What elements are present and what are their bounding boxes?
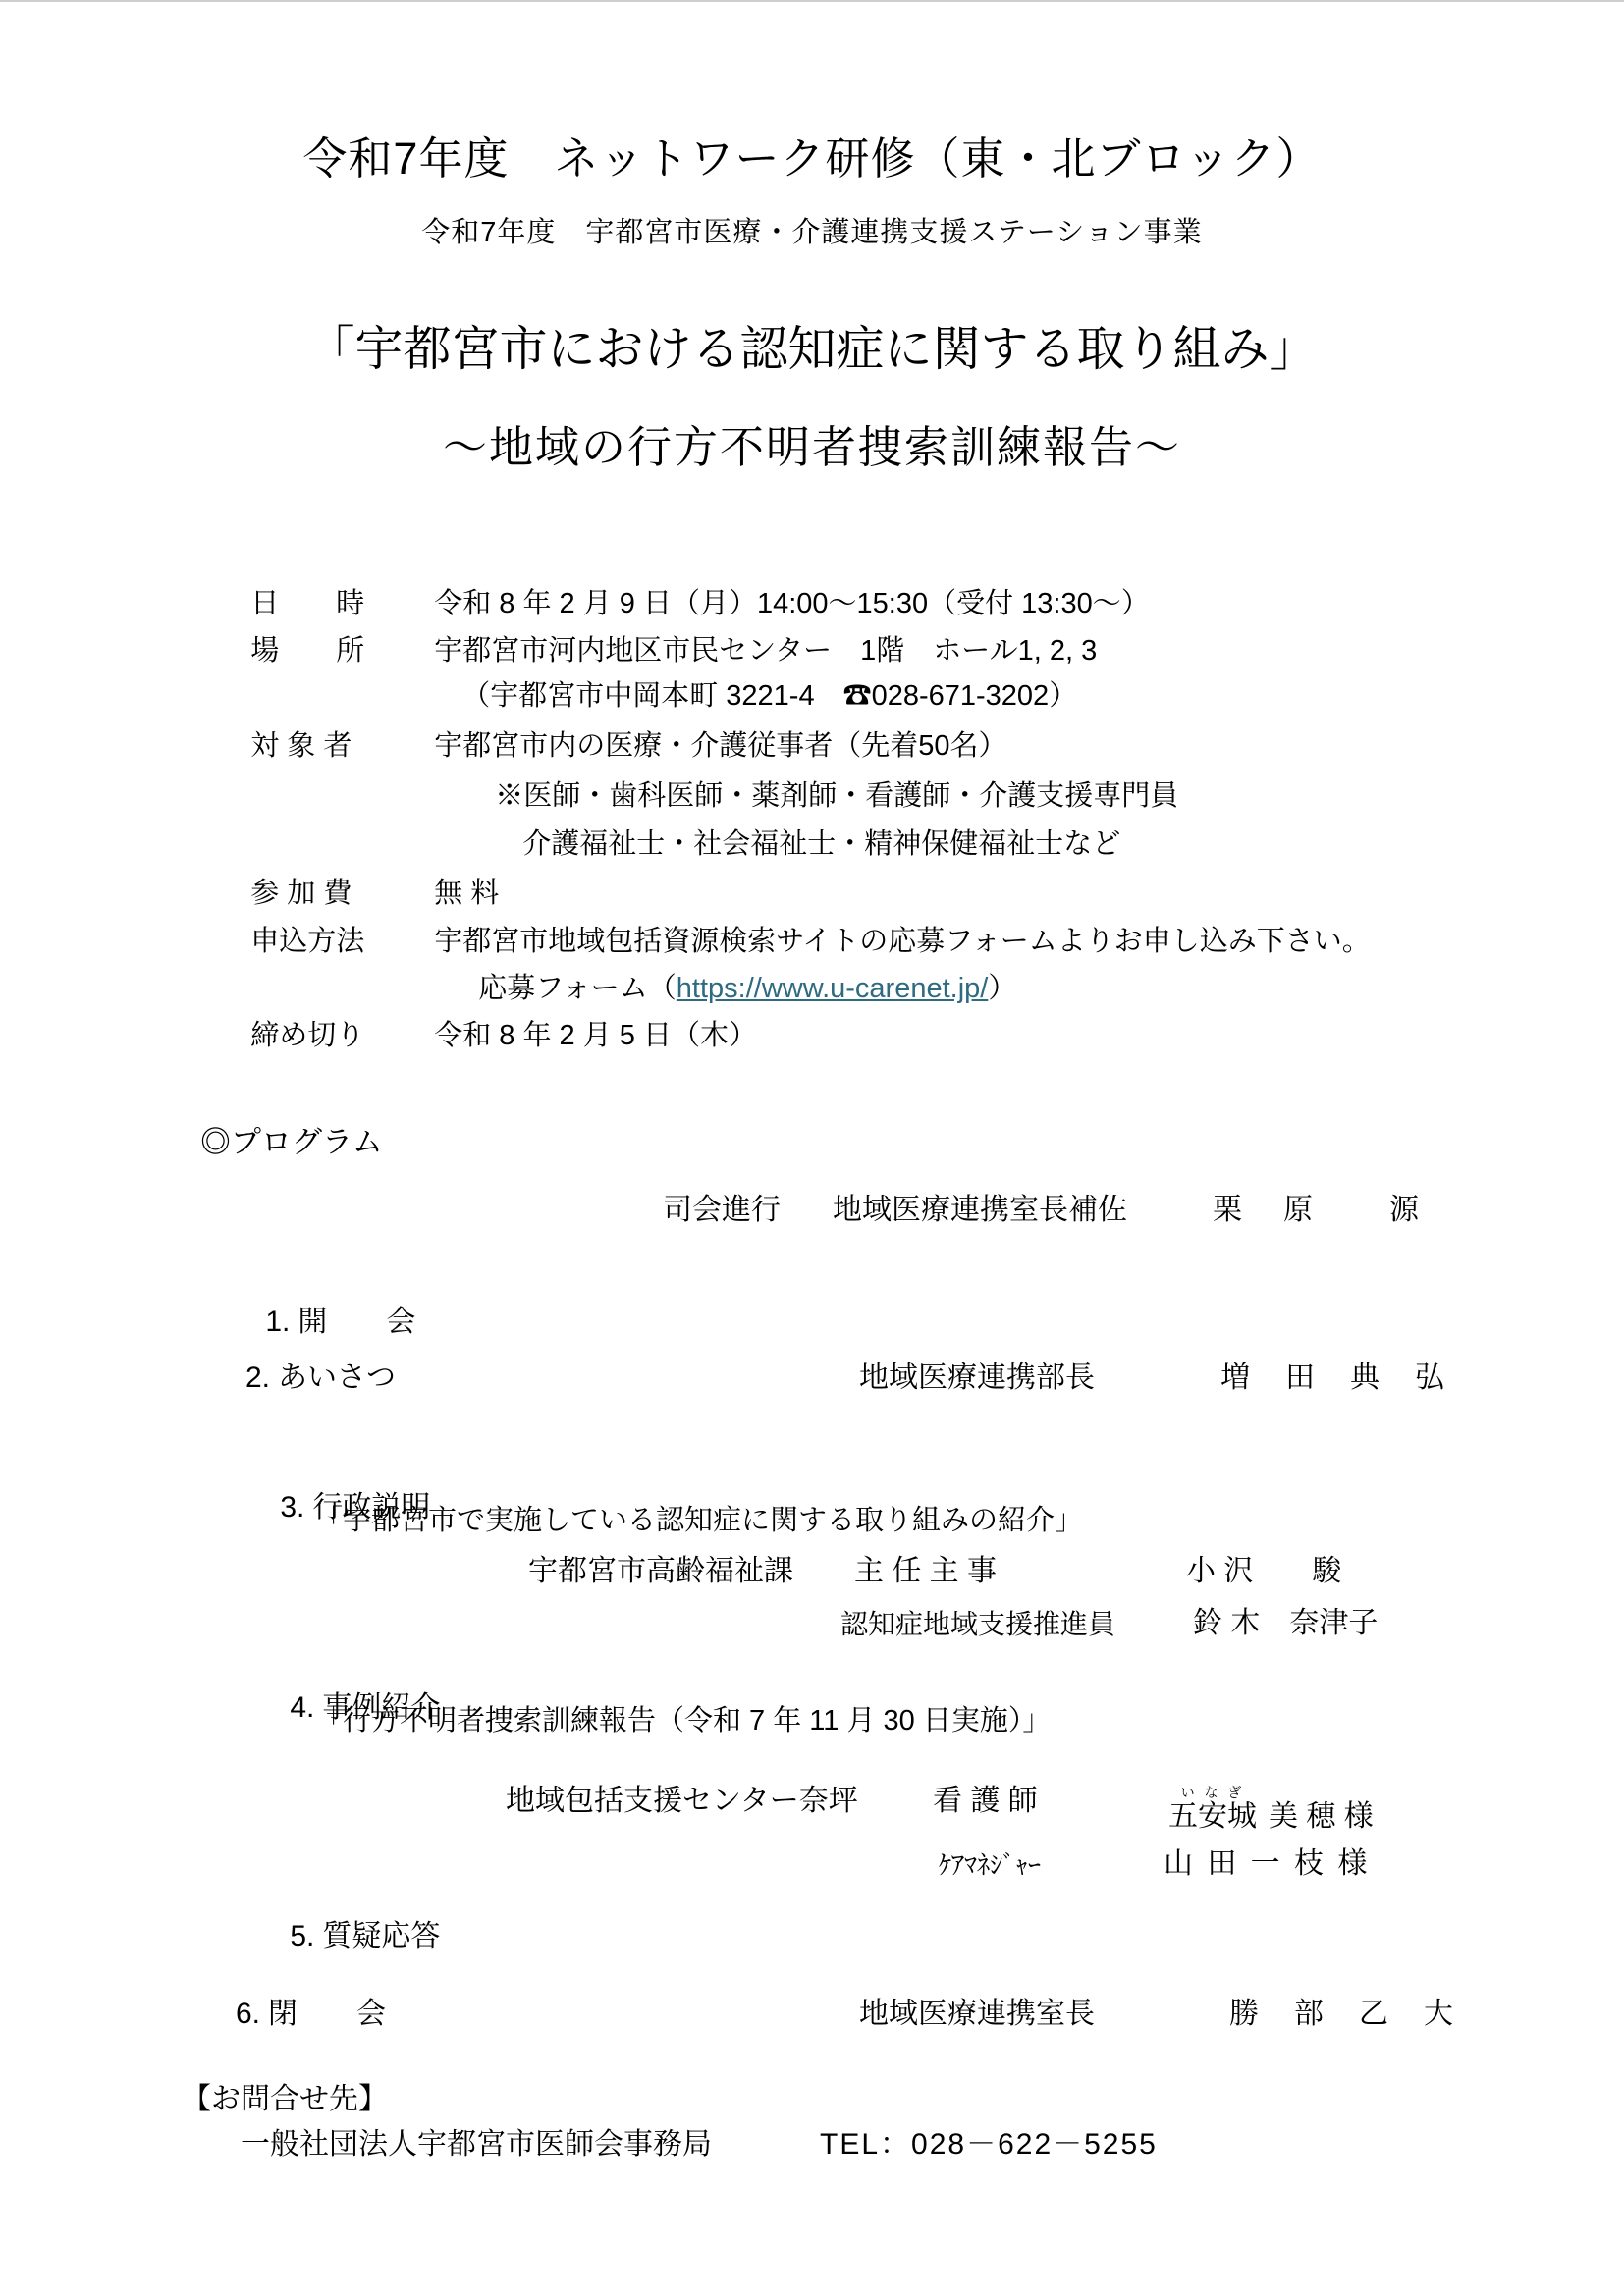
item3-number: 3.: [280, 1491, 304, 1523]
item2-speaker-title: 地域医療連携部長: [859, 1362, 1095, 1396]
item4-number: 4.: [290, 1691, 314, 1724]
item5-number: 5.: [290, 1920, 314, 1952]
footer-contact-row: 一般社団法人宇都宮市医師会事務局 TEL：028－622－5255: [0, 2128, 1624, 2264]
item1-title: 開 会: [298, 1306, 415, 1338]
moderator-name: 栗 原 源: [1213, 1194, 1425, 1228]
item5-title: 質疑応答: [322, 1920, 440, 1952]
item4-sp1-given: 美 穂 様: [1269, 1800, 1374, 1833]
apply-label: 申込方法: [250, 926, 434, 958]
header-line1: 令和7年度 ネットワーク研修（東・北ブロック）: [0, 133, 1624, 185]
item3-subtitle: 「宇都宮市で実施している認知症に関する取り組みの紹介」: [314, 1505, 1083, 1537]
item3-org: 宇都宮市高齢福祉課: [528, 1555, 793, 1589]
item3-sp1-name: 小 沢 駿: [1186, 1555, 1341, 1589]
speaker-name-ruby: 五安城い な ぎ: [1168, 1800, 1257, 1833]
audience-label: 対 象 者: [250, 730, 434, 763]
info-row-deadline: 締め切り令和 8 年 2 月 5 日（木）: [219, 988, 757, 1086]
item1-number: 1.: [265, 1306, 290, 1338]
deadline-label: 締め切り: [250, 1020, 434, 1052]
moderator-title: 地域医療連携室長補佐: [833, 1194, 1127, 1228]
program-item-5: 5.質疑応答: [257, 1886, 440, 1988]
item4-org: 地域包括支援センター奈坪: [506, 1785, 858, 1819]
item2-title: あいさつ: [278, 1362, 396, 1394]
item3-sp1-title: 主 任 主 事: [854, 1555, 997, 1589]
info-row-audience-note2: 介護福祉士・社会福祉士・精神保健福祉士など: [491, 796, 1120, 894]
flyer-page: 令和7年度 ネットワーク研修（東・北ブロック） 令和7年度 宇都宮市医療・介護連…: [0, 0, 1624, 2296]
page-title: 「宇都宮市における認知症に関する取り組み」: [0, 322, 1624, 377]
scan-artifact-top: [0, 0, 1624, 2]
program-heading: ◎プログラム: [200, 1125, 383, 1160]
apply-form-suffix: ）: [988, 973, 1016, 1004]
place-label: 場 所: [250, 635, 434, 667]
item3-sp2-title: 認知症地域支援推進員: [840, 1609, 1115, 1640]
item4-sp2-title: ｹｱﾏﾈｼﾞｬｰ: [939, 1851, 1041, 1881]
footer-tel: TEL：028－622－5255: [820, 2128, 1158, 2163]
moderator-role: 司会進行: [663, 1194, 781, 1228]
page-subtitle: ～地域の行方不明者捜索訓練報告～: [0, 422, 1624, 473]
item4-speaker-2: ｹｱﾏﾈｼﾞｬｰ 山 田 一 枝 様: [0, 1847, 1624, 1983]
footer-heading: 【お問合せ先】: [182, 2083, 388, 2117]
footer-org: 一般社団法人宇都宮市医師会事務局: [241, 2128, 712, 2163]
item4-sp2-name: 山 田 一 枝 様: [1164, 1847, 1370, 1882]
audience-note2: 介護福祉士・社会福祉士・精神保健福祉士など: [522, 828, 1120, 860]
item4-sp1-surname: 五安城: [1168, 1800, 1257, 1833]
item6-speaker-title: 地域医療連携室長: [859, 1998, 1095, 2032]
item6-speaker-name: 勝 部 乙 大: [1229, 1998, 1456, 2032]
program-item-1: 1.開 会: [233, 1271, 415, 1373]
item6-title: 閉 会: [268, 1998, 386, 2030]
item2-number: 2.: [245, 1362, 270, 1394]
item4-subtitle: 「行方不明者捜索訓練報告（令和 7 年 11 月 30 日実施）」: [314, 1705, 1051, 1737]
deadline-value: 令和 8 年 2 月 5 日（木）: [434, 1020, 757, 1051]
item6-number: 6.: [236, 1998, 260, 2030]
item4-sp1-furigana: い な ぎ: [1168, 1785, 1257, 1800]
item4-sp1-title: 看 護 師: [933, 1785, 1038, 1819]
header-line2: 令和7年度 宇都宮市医療・介護連携支援ステーション事業: [0, 217, 1624, 249]
item3-sp2-name: 鈴 木 奈津子: [1193, 1607, 1378, 1641]
item2-speaker-name: 増 田 典 弘: [1220, 1362, 1447, 1396]
item4-sp1-name: 五安城い な ぎ美 穂 様: [1168, 1785, 1374, 1835]
